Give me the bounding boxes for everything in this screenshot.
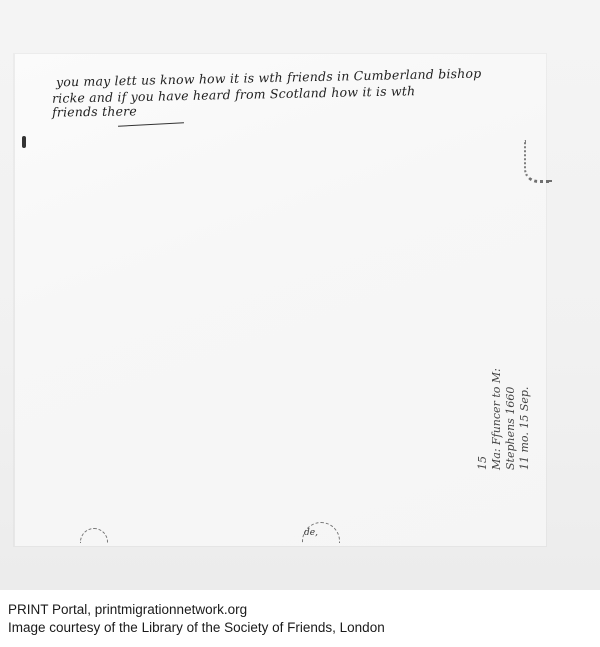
endorsement-note: 15 Ma: Ffuncer to M: Stephens 1660 11 mo… xyxy=(476,368,532,470)
ink-blot-mark xyxy=(22,136,26,148)
paper-sheet xyxy=(14,54,546,546)
endorsement-line-2: Ma: Ffuncer to M: xyxy=(490,368,504,470)
image-caption: PRINT Portal, printmigrationnetwork.org … xyxy=(8,601,385,637)
endorsement-line-3: Stephens 1660 xyxy=(504,368,518,470)
caption-credit: Image courtesy of the Library of the Soc… xyxy=(8,619,385,637)
sheet-edge xyxy=(14,54,15,546)
manuscript-scan: you may lett us know how it is wth frien… xyxy=(0,0,600,590)
seal-mark-text: de, xyxy=(304,528,318,538)
handwriting-line-3: friends there xyxy=(52,103,137,119)
endorsement-line-4: 11 mo. 15 Sep. xyxy=(518,368,532,470)
caption-source: PRINT Portal, printmigrationnetwork.org xyxy=(8,601,385,619)
torn-edge-stain xyxy=(524,140,552,183)
endorsement-line-1: 15 xyxy=(476,368,490,470)
